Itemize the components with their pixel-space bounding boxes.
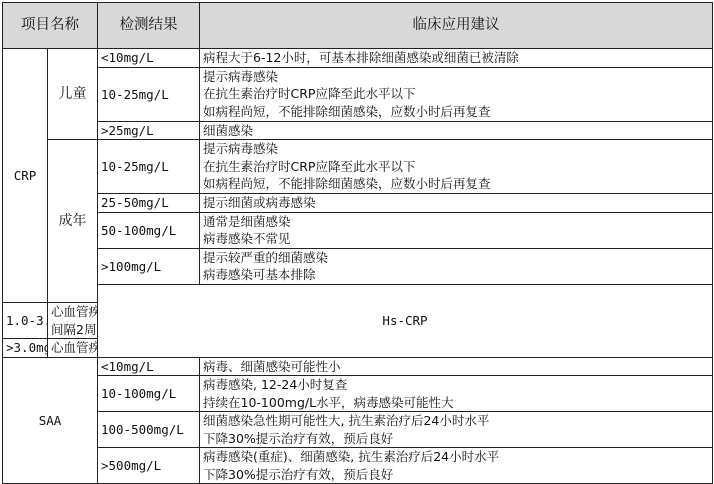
result-cell: 25-50mg/L	[98, 194, 200, 213]
result-cell: >500mg/L	[98, 448, 200, 484]
advice-cell: 病程大于6-12小时，可基本排除细菌感染或细菌已被清除	[200, 49, 713, 68]
advice-cell: 提示病毒感染 在抗生素治疗时CRP应降至此水平以下 如病程尚短，不能排除细菌感染…	[200, 67, 713, 121]
advice-line: 心血管疾病危险性评估为高危险性，建议给予抗炎与抗栓同时治疗	[51, 339, 94, 357]
result-cell: 10-100mg/L	[98, 376, 200, 412]
result-cell: <10mg/L	[98, 357, 200, 376]
advice-line: 病毒感染可基本排除	[203, 266, 709, 284]
advice-cell: 提示较严重的细菌感染 病毒感染可基本排除	[200, 248, 713, 284]
result-cell: >3.0mg/L	[3, 339, 48, 358]
advice-cell: 通常是细菌感染 病毒感染不常见	[200, 212, 713, 248]
advice-cell: 病毒感染(重症)、细菌感染, 抗生素治疗后24小时水平 下降30%提示治疗有效，…	[200, 448, 713, 484]
advice-line: 提示较严重的细菌感染	[203, 249, 709, 267]
header-item-name: 项目名称	[3, 3, 98, 49]
advice-cell: 心血管疾病危险性评估为高危险性，建议给予抗炎与抗栓同时治疗	[48, 339, 98, 358]
result-cell: <10mg/L	[98, 49, 200, 68]
advice-line: 病程大于6-12小时，可基本排除细菌感染或细菌已被清除	[203, 49, 709, 67]
subgroup-adults: 成年	[48, 140, 98, 303]
result-cell: 50-100mg/L	[98, 212, 200, 248]
advice-line: 间隔2周后再次检测，取平均值作为观察的基础	[51, 321, 94, 339]
advice-line: 心血管疾病危险性评估为中度危险性, 建议给予抗炎治疗	[51, 303, 94, 321]
table-row: 100-500mg/L 细菌感染急性期可能性大, 抗生素治疗后24小时水平 下降…	[3, 412, 713, 448]
advice-line: 如病程尚短，不能排除细菌感染，应数小时后再复查	[203, 103, 709, 121]
table-row: Hs-CRP <1.0mg/L 心血管疾病危险性评估为低危险性	[3, 284, 713, 303]
advice-line: 细菌感染	[203, 122, 709, 140]
advice-line: 持续在10-100mg/L水平，病毒感染可能性大	[203, 394, 709, 412]
header-row: 项目名称 检测结果 临床应用建议	[3, 3, 713, 49]
table-row: CRP 儿童 <10mg/L 病程大于6-12小时，可基本排除细菌感染或细菌已被…	[3, 49, 713, 68]
table-row: >100mg/L 提示较严重的细菌感染 病毒感染可基本排除	[3, 248, 713, 284]
table-row: 成年 10-25mg/L 提示病毒感染 在抗生素治疗时CRP应降至此水平以下 如…	[3, 140, 713, 194]
advice-line: 下降30%提示治疗有效，预后良好	[203, 466, 709, 484]
advice-cell: 细菌感染急性期可能性大, 抗生素治疗后24小时水平 下降30%提示治疗有效，预后…	[200, 412, 713, 448]
table-row: >500mg/L 病毒感染(重症)、细菌感染, 抗生素治疗后24小时水平 下降3…	[3, 448, 713, 484]
advice-line: 提示病毒感染	[203, 68, 709, 86]
table-row: SAA <10mg/L 病毒、细菌感染可能性小	[3, 357, 713, 376]
advice-line: 病毒感染, 12-24小时复查	[203, 376, 709, 394]
table-row: 10-100mg/L 病毒感染, 12-24小时复查 持续在10-100mg/L…	[3, 376, 713, 412]
advice-cell: 提示细菌或病毒感染	[200, 194, 713, 213]
table-row: 25-50mg/L 提示细菌或病毒感染	[3, 194, 713, 213]
advice-line: 如病程尚短，不能排除细菌感染，应数小时后再复查	[203, 175, 709, 193]
result-cell: 10-25mg/L	[98, 67, 200, 121]
advice-cell: 病毒感染, 12-24小时复查 持续在10-100mg/L水平，病毒感染可能性大	[200, 376, 713, 412]
item-hs-crp: Hs-CRP	[98, 284, 713, 357]
advice-line: 细菌感染急性期可能性大, 抗生素治疗后24小时水平	[203, 412, 709, 430]
subgroup-children: 儿童	[48, 49, 98, 140]
result-cell: >100mg/L	[98, 248, 200, 284]
advice-line: 病毒感染不常见	[203, 230, 709, 248]
result-cell: >25mg/L	[98, 121, 200, 140]
advice-line: 病毒、细菌感染可能性小	[203, 358, 709, 376]
advice-line: 在抗生素治疗时CRP应降至此水平以下	[203, 85, 709, 103]
advice-line: 病毒感染(重症)、细菌感染, 抗生素治疗后24小时水平	[203, 448, 709, 466]
advice-line: 下降30%提示治疗有效，预后良好	[203, 430, 709, 448]
table-row: 10-25mg/L 提示病毒感染 在抗生素治疗时CRP应降至此水平以下 如病程尚…	[3, 67, 713, 121]
result-cell: 10-25mg/L	[98, 140, 200, 194]
advice-cell: 心血管疾病危险性评估为中度危险性, 建议给予抗炎治疗 间隔2周后再次检测，取平均…	[48, 303, 98, 339]
result-cell: 100-500mg/L	[98, 412, 200, 448]
advice-line: 通常是细菌感染	[203, 213, 709, 231]
advice-cell: 提示病毒感染 在抗生素治疗时CRP应降至此水平以下 如病程尚短，不能排除细菌感染…	[200, 140, 713, 194]
advice-line: 提示细菌或病毒感染	[203, 194, 709, 212]
advice-line: 提示病毒感染	[203, 140, 709, 158]
advice-cell: 细菌感染	[200, 121, 713, 140]
advice-line: 在抗生素治疗时CRP应降至此水平以下	[203, 158, 709, 176]
result-cell: 1.0-3.0mg/L	[3, 303, 48, 339]
crp-saa-reference-table: 项目名称 检测结果 临床应用建议 CRP 儿童 <10mg/L 病程大于6-12…	[2, 2, 713, 484]
advice-cell: 病毒、细菌感染可能性小	[200, 357, 713, 376]
item-saa: SAA	[3, 357, 98, 484]
item-crp: CRP	[3, 49, 48, 303]
table-row: >25mg/L 细菌感染	[3, 121, 713, 140]
header-test-result: 检测结果	[98, 3, 200, 49]
header-clinical-advice: 临床应用建议	[200, 3, 713, 49]
table-row: 50-100mg/L 通常是细菌感染 病毒感染不常见	[3, 212, 713, 248]
